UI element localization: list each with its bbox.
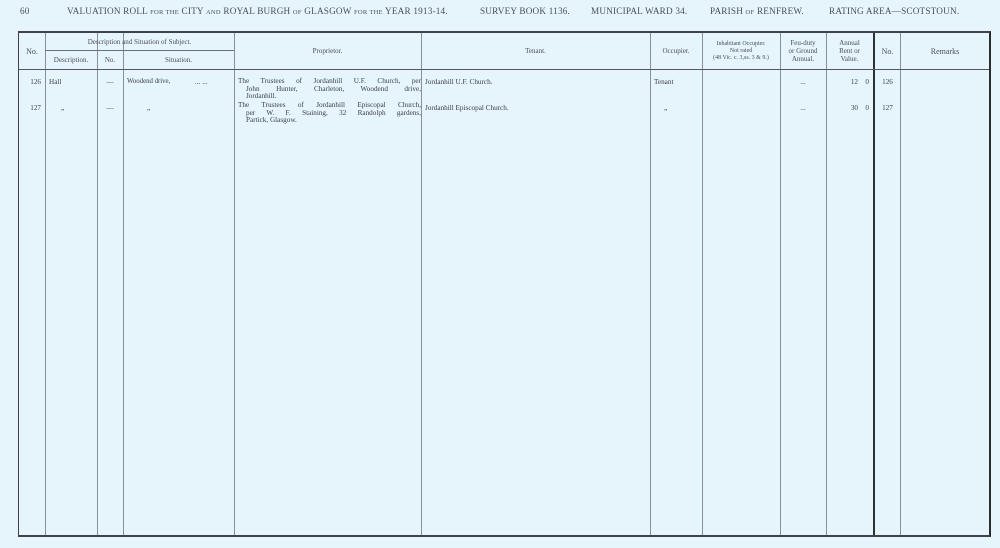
header-description: Description. — [45, 51, 97, 69]
header-occupier: Occupier. — [650, 33, 702, 69]
row-sub-no: — — [97, 78, 123, 86]
header-no-right: No. — [875, 33, 900, 69]
row-no: 126 — [19, 78, 41, 86]
row-no-right: 127 — [875, 104, 900, 112]
col-rule — [900, 33, 901, 535]
header-sub-no: No. — [97, 51, 123, 69]
row-annual-shillings: 0 — [859, 78, 869, 86]
page-header: 60 VALUATION ROLL FOR THE CITY AND ROYAL… — [0, 6, 1000, 20]
row-occupier: „ — [664, 104, 667, 112]
row-no: 127 — [19, 104, 41, 112]
row-description: „ — [61, 104, 64, 112]
col-rule — [45, 33, 46, 535]
row-feu-duty: ... — [780, 78, 826, 86]
col-rule — [234, 33, 235, 535]
parish: PARISH OF RENFREW. — [710, 6, 804, 16]
col-rule — [702, 33, 703, 535]
header-description-group: Description and Situation of Subject. — [45, 35, 234, 49]
header-no: No. — [19, 33, 45, 69]
header-bottom-rule — [19, 69, 989, 70]
row-tenant: Jordanhill U.F. Church. — [425, 78, 493, 86]
header-situation: Situation. — [123, 51, 234, 69]
header-tenant: Tenant. — [421, 33, 650, 69]
roll-title: VALUATION ROLL FOR THE CITY AND ROYAL BU… — [67, 6, 448, 16]
row-proprietor: The Trustees of Jordanhill Episcopal Chu… — [238, 102, 421, 125]
rating-area: RATING AREA—SCOTSTOUN. — [829, 6, 959, 16]
header-remarks: Remarks — [900, 33, 990, 69]
row-occupier: Tenant — [654, 78, 673, 86]
page-number: 60 — [20, 6, 30, 16]
row-description: Hall — [49, 78, 61, 86]
row-feu-duty: ... — [780, 104, 826, 112]
header-proprietor: Proprietor. — [234, 33, 421, 69]
valuation-table: No. Description and Situation of Subject… — [18, 31, 991, 537]
col-rule — [650, 33, 651, 535]
row-situation-dots: ... ... — [195, 78, 208, 86]
col-rule — [123, 33, 124, 535]
row-annual-shillings: 0 — [859, 104, 869, 112]
row-tenant: Jordanhill Episcopal Church. — [425, 104, 509, 112]
header-annual-rent: Annual Rent or Value. — [826, 33, 873, 69]
header-feu-duty: Feu-duty or Ground Annual. — [780, 33, 826, 69]
header-inhabitant-occupier: Inhabitant Occupier. Not rated (48 Vic. … — [702, 33, 780, 69]
row-situation: Woodend drive, — [127, 78, 170, 86]
row-situation: „ — [147, 104, 150, 112]
row-proprietor: The Trustees of Jordanhill U.F. Church, … — [238, 78, 421, 101]
municipal-ward: MUNICIPAL WARD 34. — [591, 6, 687, 16]
col-rule — [421, 33, 422, 535]
survey-book: SURVEY BOOK 1136. — [480, 6, 570, 16]
row-sub-no: — — [97, 104, 123, 112]
row-annual-pounds: 30 — [826, 104, 858, 112]
row-annual-pounds: 12 — [826, 78, 858, 86]
row-no-right: 126 — [875, 78, 900, 86]
